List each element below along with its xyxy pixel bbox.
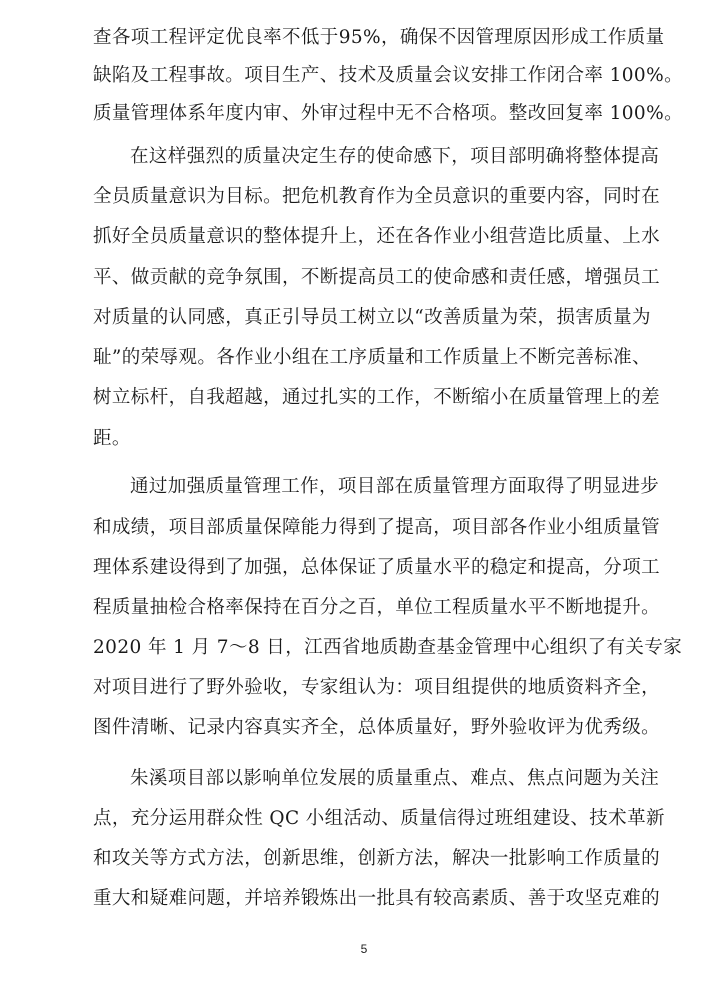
- text-line: 朱溪项目部以影响单位发展的质量重点、难点、焦点问题为关注: [130, 767, 648, 791]
- text-line: 对质量的认同感，真正引导员工树立以“改善质量为荣，损害质量为: [93, 306, 648, 330]
- text-line: 通过加强质量管理工作，项目部在质量管理方面取得了明显进步: [130, 475, 648, 499]
- text-line: 和攻关等方式方法，创新思维，创新方法，解决一批影响工作质量的: [93, 847, 648, 871]
- text-line: 点，充分运用群众性 QC 小组活动、质量信得过班组建设、技术革新: [93, 807, 648, 831]
- text-line: 质量管理体系年度内审、外审过程中无不合格项。整改回复率 100%。: [93, 102, 648, 126]
- text-line: 理体系建设得到了加强，总体保证了质量水平的稳定和提高，分项工: [93, 556, 648, 580]
- text-line: 在这样强烈的质量决定生存的使命感下，项目部明确将整体提高: [130, 145, 648, 169]
- text-line: 缺陷及工程事故。项目生产、技术及质量会议安排工作闭合率 100%。: [93, 64, 648, 88]
- text-line: 平、做贡献的竞争氛围，不断提高员工的使命感和责任感，增强员工: [93, 266, 648, 290]
- document-page: 查各项工程评定优良率不低于95%，确保不因管理原因形成工作质量缺陷及工程事故。项…: [0, 0, 728, 986]
- text-line: 耻”的荣辱观。各作业小组在工序质量和工作质量上不断完善标准、: [93, 346, 648, 370]
- text-line: 2020 年 1 月 7～8 日，江西省地质勘查基金管理中心组织了有关专家: [93, 636, 648, 660]
- text-line: 对项目进行了野外验收，专家组认为：项目组提供的地质资料齐全，: [93, 676, 648, 700]
- text-line: 程质量抽检合格率保持在百分之百，单位工程质量水平不断地提升。: [93, 596, 648, 620]
- text-line: 图件清晰、记录内容真实齐全，总体质量好，野外验收评为优秀级。: [93, 716, 648, 740]
- text-line: 树立标杆，自我超越，通过扎实的工作，不断缩小在质量管理上的差: [93, 386, 648, 410]
- text-line: 查各项工程评定优良率不低于95%，确保不因管理原因形成工作质量: [93, 26, 648, 50]
- text-line: 抓好全员质量意识的整体提升上，还在各作业小组营造比质量、上水: [93, 225, 648, 249]
- text-line: 全员质量意识为目标。把危机教育作为全员意识的重要内容，同时在: [93, 185, 648, 209]
- text-line: 重大和疑难问题，并培养锻炼出一批具有较高素质、善于攻坚克难的: [93, 887, 648, 911]
- text-line: 距。: [93, 427, 648, 451]
- text-line: 和成绩，项目部质量保障能力得到了提高，项目部各作业小组质量管: [93, 516, 648, 540]
- page-number: 5: [354, 942, 374, 956]
